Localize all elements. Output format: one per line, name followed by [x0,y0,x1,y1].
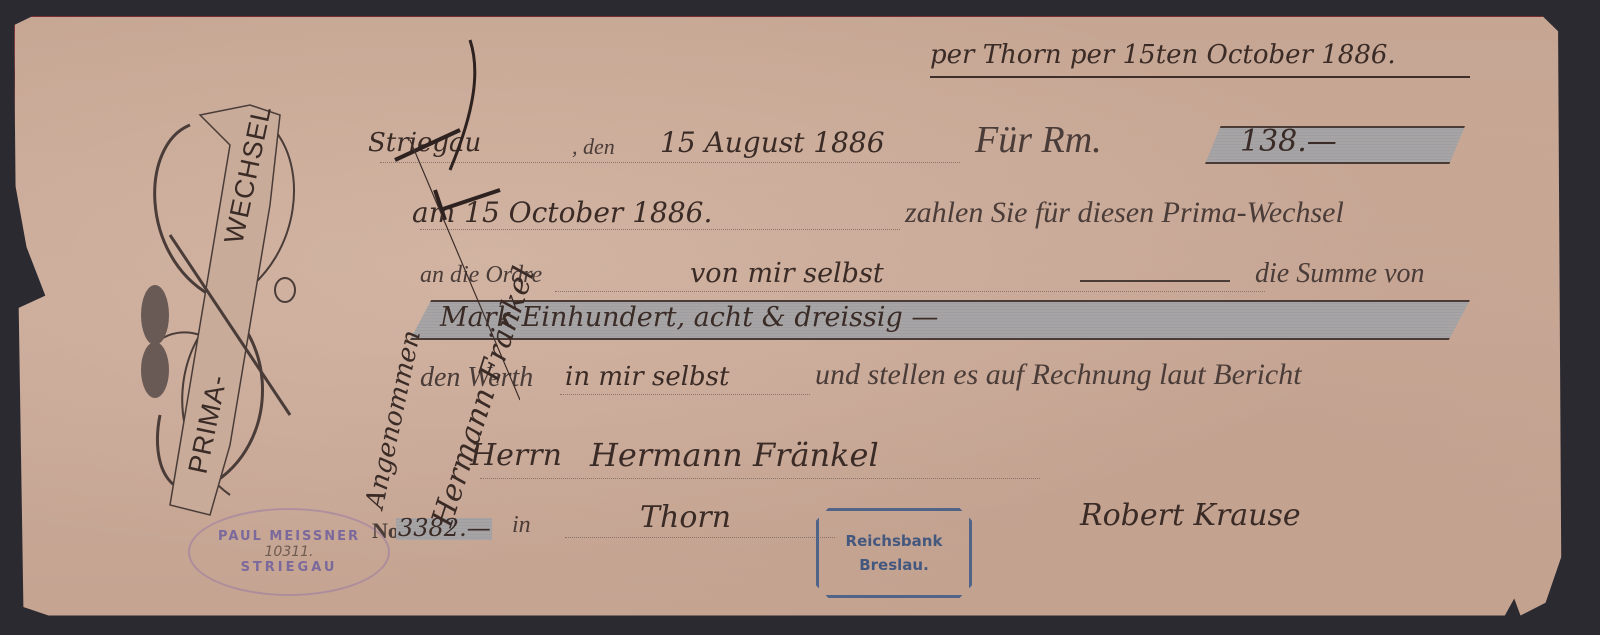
payee: von mir selbst [690,258,884,289]
place-dots [565,537,835,538]
line3-dots [555,291,1265,292]
payee-dash [1080,280,1230,282]
line2-printed: zahlen Sie für diesen Prima-Wechsel [905,196,1344,230]
drawee-place: Thorn [640,500,731,535]
printer-stamp: PAUL MEISSNER 10311. STRIEGAU [188,508,390,596]
amount-value: 138.— [1240,124,1337,159]
printer-stamp-line3: STRIEGAU [241,560,338,575]
line5-dots [560,394,810,395]
acceptance-strokes [380,30,520,550]
reichsbank-stamp-line1: Reichsbank [846,529,943,553]
drawer-signature: Robert Krause [1080,498,1301,533]
printer-stamp-line1: PAUL MEISSNER [218,529,360,544]
due-note-underline [930,76,1470,78]
printer-stamp-line2: 10311. [265,544,314,560]
line3-printed-right: die Summe von [1255,258,1425,290]
value-received: in mir selbst [565,362,729,392]
prima-wechsel-vignette: WECHSEL PRIMA- [130,85,320,525]
issue-date: 15 August 1886 [660,126,885,159]
reichsbank-stamp: Reichsbank Breslau. [816,508,972,598]
due-note: per Thorn per 15ten October 1886. [930,40,1396,70]
reichsbank-stamp-line2: Breslau. [859,553,929,577]
amount-label: Für Rm. [975,118,1102,162]
line5-printed-right: und stellen es auf Rechnung laut Bericht [815,358,1302,392]
drawee-dots [480,478,1040,479]
printed-den: , den [572,134,615,160]
drawee-name: Hermann Fränkel [590,436,879,474]
